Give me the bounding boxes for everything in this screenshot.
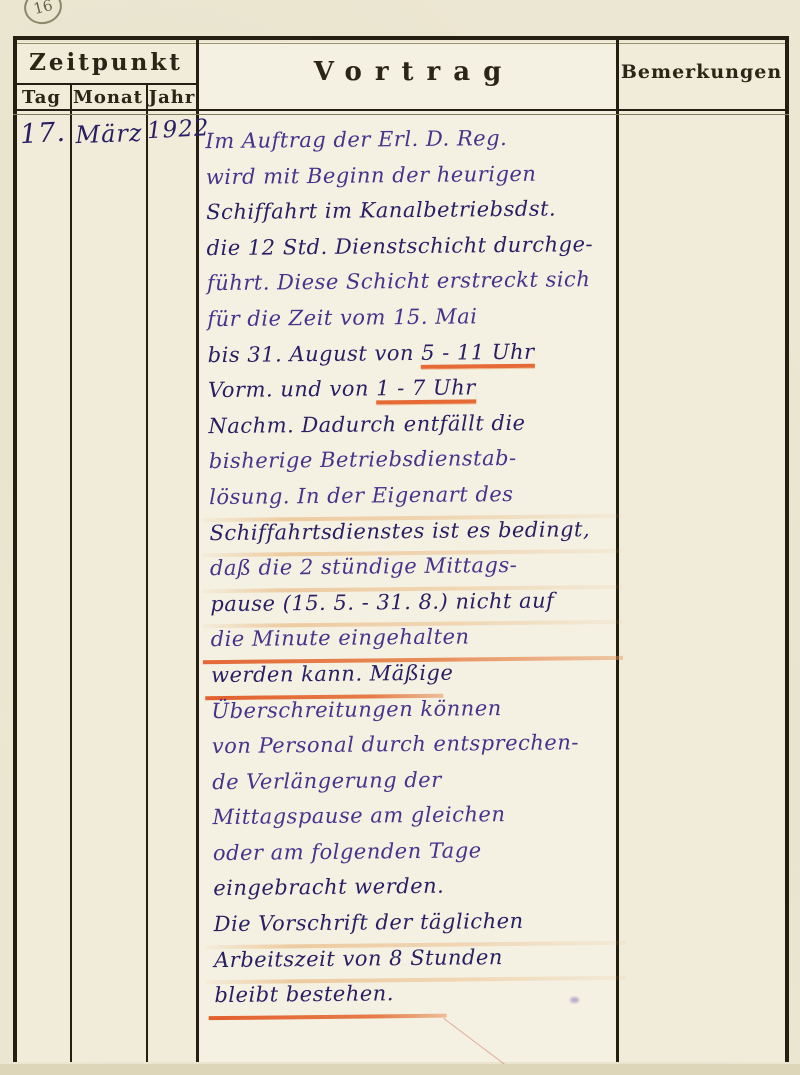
column-header-vortrag: Vortrag xyxy=(199,57,616,87)
handwritten-text: Schiffahrt im Kanalbetriebsdst. xyxy=(206,197,556,225)
handwritten-text: Die Vorschrift der täglichen xyxy=(214,909,524,936)
vortrag-line: eingebracht werden. xyxy=(213,872,621,912)
vortrag-line: werden kann. Mäßige xyxy=(211,659,619,699)
column-divider-zeitpunkt-vortrag xyxy=(196,36,199,1062)
column-header-tag: Tag xyxy=(13,87,70,108)
vortrag-line: die Minute eingehalten xyxy=(211,623,619,663)
page-number-text: 16 xyxy=(32,0,55,18)
handwritten-text: Vorm. und von xyxy=(208,377,376,403)
vortrag-line: von Personal durch entsprechen- xyxy=(212,730,620,770)
handwritten-text: von Personal durch entsprechen- xyxy=(212,730,579,758)
handwritten-text: eingebracht werden. xyxy=(213,874,444,900)
entry-year-value: 1922 xyxy=(146,116,197,145)
handwritten-text: Überschreitungen können xyxy=(211,696,502,723)
handwritten-text: Mittagspause am gleichen xyxy=(212,802,505,829)
vortrag-line: oder am folgenden Tage xyxy=(213,837,621,877)
zeitpunkt-subheader-rule xyxy=(13,83,199,85)
column-header-zeitpunkt: Zeitpunkt xyxy=(13,49,199,76)
handwritten-text: die Minute eingehalten xyxy=(211,625,470,652)
table-top-border xyxy=(13,36,789,40)
vortrag-line: bleibt bestehen. xyxy=(214,979,622,1019)
vortrag-line: de Verlängerung der xyxy=(212,766,620,806)
handwritten-text: führt. Diese Schicht erstreckt sich xyxy=(207,268,591,296)
header-bottom-inner-rule xyxy=(13,114,789,115)
entry-bemerkungen-cell xyxy=(620,125,783,1025)
handwritten-text: lösung. In der Eigenart des xyxy=(209,482,514,509)
ledger-page: 16 Zeitpunkt Tag Monat Jahr Vortrag Beme… xyxy=(0,0,800,1075)
vortrag-line: Vorm. und von 1 - 7 Uhr xyxy=(208,374,616,414)
entry-month-value: März xyxy=(74,119,145,149)
handwritten-text: de Verlängerung der xyxy=(212,767,442,793)
handwritten-text: für die Zeit vom 15. Mai xyxy=(207,304,477,331)
handwritten-text: bis 31. August von xyxy=(208,340,422,366)
handwritten-text: Im Auftrag der Erl. D. Reg. xyxy=(205,126,507,153)
table-top-inner-rule xyxy=(13,43,789,44)
column-divider-monat-jahr xyxy=(146,84,148,1062)
handwritten-text: werden kann. Mäßige xyxy=(211,661,454,688)
table-right-border xyxy=(785,36,789,1062)
underlined-text: 1 - 7 Uhr xyxy=(376,376,476,405)
vortrag-line: lösung. In der Eigenart des xyxy=(209,481,617,521)
vortrag-line: Im Auftrag der Erl. D. Reg. xyxy=(205,125,613,165)
column-divider-tag-monat xyxy=(70,84,72,1062)
handwritten-text: oder am folgenden Tage xyxy=(213,838,482,865)
handwritten-text: die 12 Std. Dienstschicht durchge- xyxy=(206,232,593,260)
vortrag-line: Die Vorschrift der täglichen xyxy=(214,908,622,948)
header-bottom-rule xyxy=(13,109,789,111)
page-number-mark: 16 xyxy=(20,0,65,28)
vortrag-line: Schiffahrtsdienstes ist es bedingt, xyxy=(209,516,617,556)
vortrag-line: daß die 2 stündige Mittags- xyxy=(210,552,618,592)
vortrag-line: für die Zeit vom 15. Mai xyxy=(207,303,615,343)
vortrag-line: Arbeitszeit von 8 Stunden xyxy=(214,943,622,983)
handwritten-text: bisherige Betriebsdienstab- xyxy=(209,446,517,473)
column-header-jahr: Jahr xyxy=(146,87,198,108)
vortrag-line: führt. Diese Schicht erstreckt sich xyxy=(207,267,615,307)
column-header-monat: Monat xyxy=(70,87,146,108)
column-header-bemerkungen: Bemerkungen xyxy=(618,61,785,83)
handwritten-text: Arbeitszeit von 8 Stunden xyxy=(214,945,503,972)
vortrag-line: bis 31. August von 5 - 11 Uhr xyxy=(208,338,616,378)
page-bottom-edge xyxy=(0,1064,800,1075)
vortrag-line: wird mit Beginn der heurigen xyxy=(206,160,614,200)
vortrag-line: Mittagspause am gleichen xyxy=(212,801,620,841)
underlined-text: 5 - 11 Uhr xyxy=(421,339,535,368)
vortrag-line: Schiffahrt im Kanalbetriebsdst. xyxy=(206,196,614,236)
handwritten-text: daß die 2 stündige Mittags- xyxy=(210,553,518,580)
entry-day-value: 17. xyxy=(17,117,69,151)
vortrag-line: bisherige Betriebsdienstab- xyxy=(209,445,617,485)
vortrag-line: pause (15. 5. - 31. 8.) nicht auf xyxy=(210,588,618,628)
vortrag-line: die 12 Std. Dienstschicht durchge- xyxy=(206,232,614,272)
vortrag-line: Überschreitungen können xyxy=(211,694,619,734)
vortrag-line: Nachm. Dadurch entfällt die xyxy=(208,410,616,450)
ink-smudge xyxy=(570,997,579,1003)
handwritten-text: wird mit Beginn der heurigen xyxy=(206,161,537,188)
vortrag-lines: Im Auftrag der Erl. D. Reg.wird mit Begi… xyxy=(205,125,622,1019)
handwritten-text: Nachm. Dadurch entfällt die xyxy=(208,411,525,438)
handwritten-text: pause (15. 5. - 31. 8.) nicht auf xyxy=(210,588,554,616)
handwritten-text: bleibt bestehen. xyxy=(214,981,394,1007)
table-left-border xyxy=(13,36,17,1062)
handwritten-text: Schiffahrtsdienstes ist es bedingt, xyxy=(209,517,590,545)
